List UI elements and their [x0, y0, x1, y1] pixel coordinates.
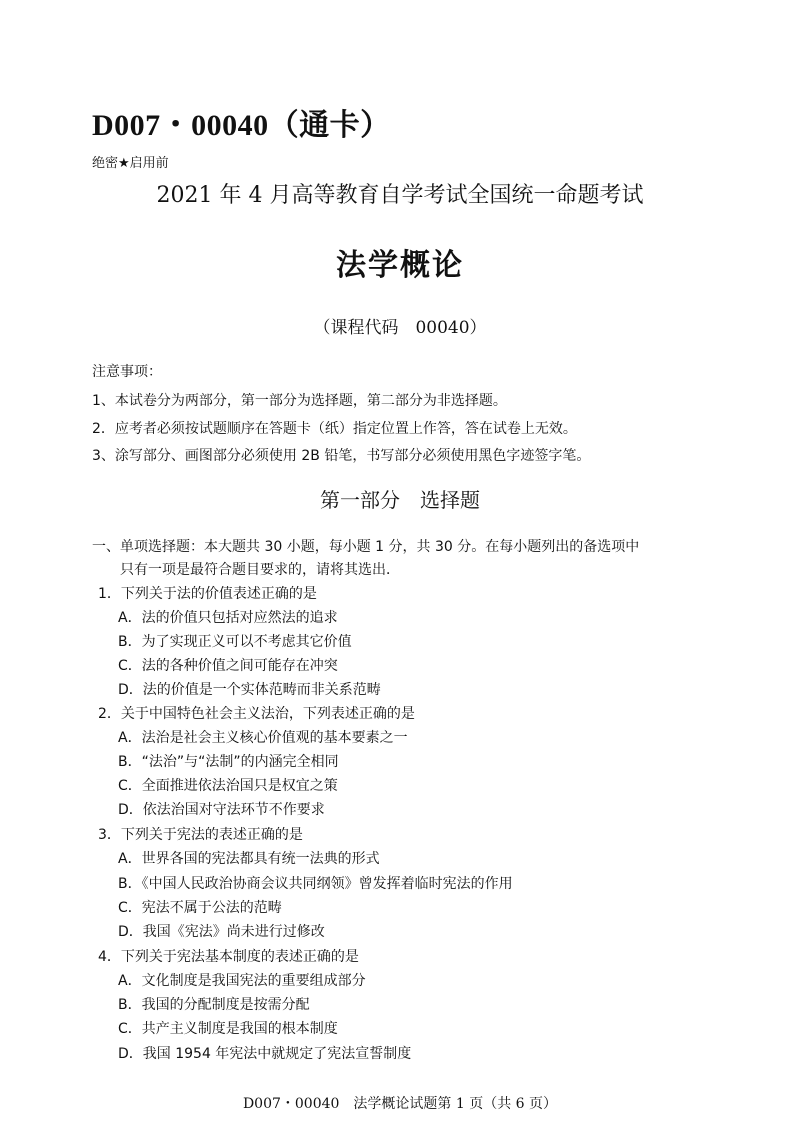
notice-item: 1、本试卷分为两部分，第一部分为选择题，第二部分为非选择题。: [92, 390, 507, 410]
question-option: D．法的价值是一个实体范畴而非关系范畴: [118, 679, 381, 699]
question-option: C．全面推进依法治国只是权宜之策: [118, 775, 338, 795]
exam-title: 2021 年 4 月高等教育自学考试全国统一命题考试: [0, 178, 800, 209]
section-instruction: 一、单项选择题：本大题共 30 小题，每小题 1 分，共 30 分。在每小题列出…: [92, 536, 639, 556]
page-footer: D007・00040 法学概论试题第 1 页（共 6 页）: [0, 1093, 800, 1113]
question-option: C．宪法不属于公法的范畴: [118, 897, 282, 917]
question-option: A．世界各国的宪法都具有统一法典的形式: [118, 848, 380, 868]
question-option: A．法的价值只包括对应然法的追求: [118, 607, 338, 627]
notice-item: 2．应考者必须按试题顺序在答题卡（纸）指定位置上作答，答在试卷上无效。: [92, 418, 577, 438]
notice-title: 注意事项：: [92, 361, 162, 381]
question-stem: 3．下列关于宪法的表述正确的是: [98, 824, 303, 844]
question-stem: 2．关于中国特色社会主义法治，下列表述正确的是: [98, 703, 415, 723]
question-option: A．法治是社会主义核心价值观的基本要素之一: [118, 727, 408, 747]
question-option: B．我国的分配制度是按需分配: [118, 994, 310, 1014]
question-option: D．我国《宪法》尚未进行过修改: [118, 921, 325, 941]
question-stem: 1．下列关于法的价值表述正确的是: [98, 583, 317, 603]
question-option: C．法的各种价值之间可能存在冲突: [118, 655, 338, 675]
notice-item: 3、涂写部分、画图部分必须使用 2B 铅笔，书写部分必须使用黑色字迹签字笔。: [92, 445, 590, 465]
section-instruction: 只有一项是最符合题目要求的，请将其选出．: [120, 559, 400, 579]
question-option: D．依法治国对守法环节不作要求: [118, 799, 325, 819]
question-option: C．共产主义制度是我国的根本制度: [118, 1018, 338, 1038]
paper-code: D007・00040（通卡）: [92, 100, 391, 144]
question-option: B．“法治”与“法制”的内涵完全相同: [118, 751, 339, 771]
course-code: （课程代码 00040）: [0, 313, 800, 338]
question-option: D．我国 1954 年宪法中就规定了宪法宣誓制度: [118, 1043, 411, 1063]
part-one-title: 第一部分 选择题: [0, 484, 800, 513]
confidential-label: 绝密★启用前: [92, 152, 169, 171]
question-stem: 4．下列关于宪法基本制度的表述正确的是: [98, 946, 359, 966]
question-option: B．为了实现正义可以不考虑其它价值: [118, 631, 352, 651]
subject-title: 法学概论: [0, 240, 800, 284]
question-option: B．《中国人民政治协商会议共同纲领》曾发挥着临时宪法的作用: [118, 873, 513, 893]
question-option: A．文化制度是我国宪法的重要组成部分: [118, 970, 366, 990]
